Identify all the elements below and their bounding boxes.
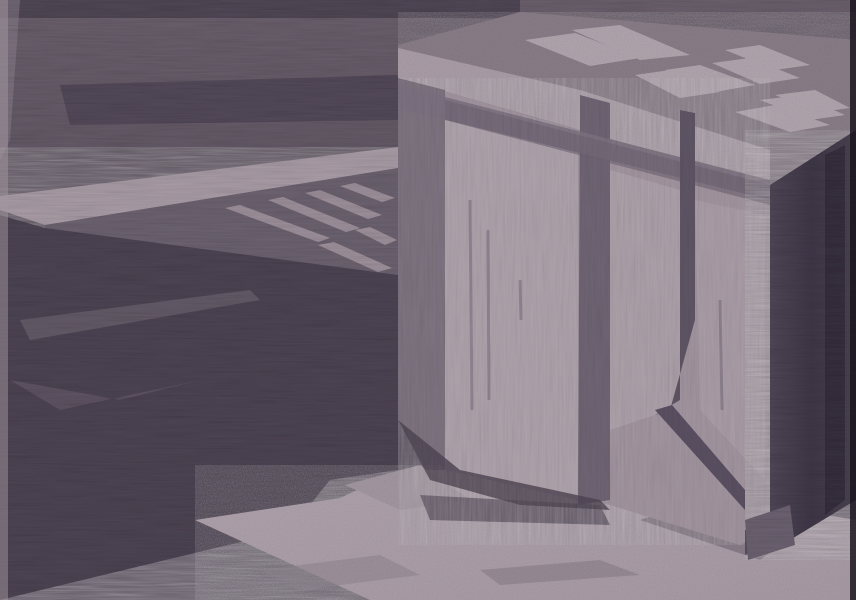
crate — [398, 12, 856, 560]
pencil-drawing-canvas — [0, 0, 856, 600]
